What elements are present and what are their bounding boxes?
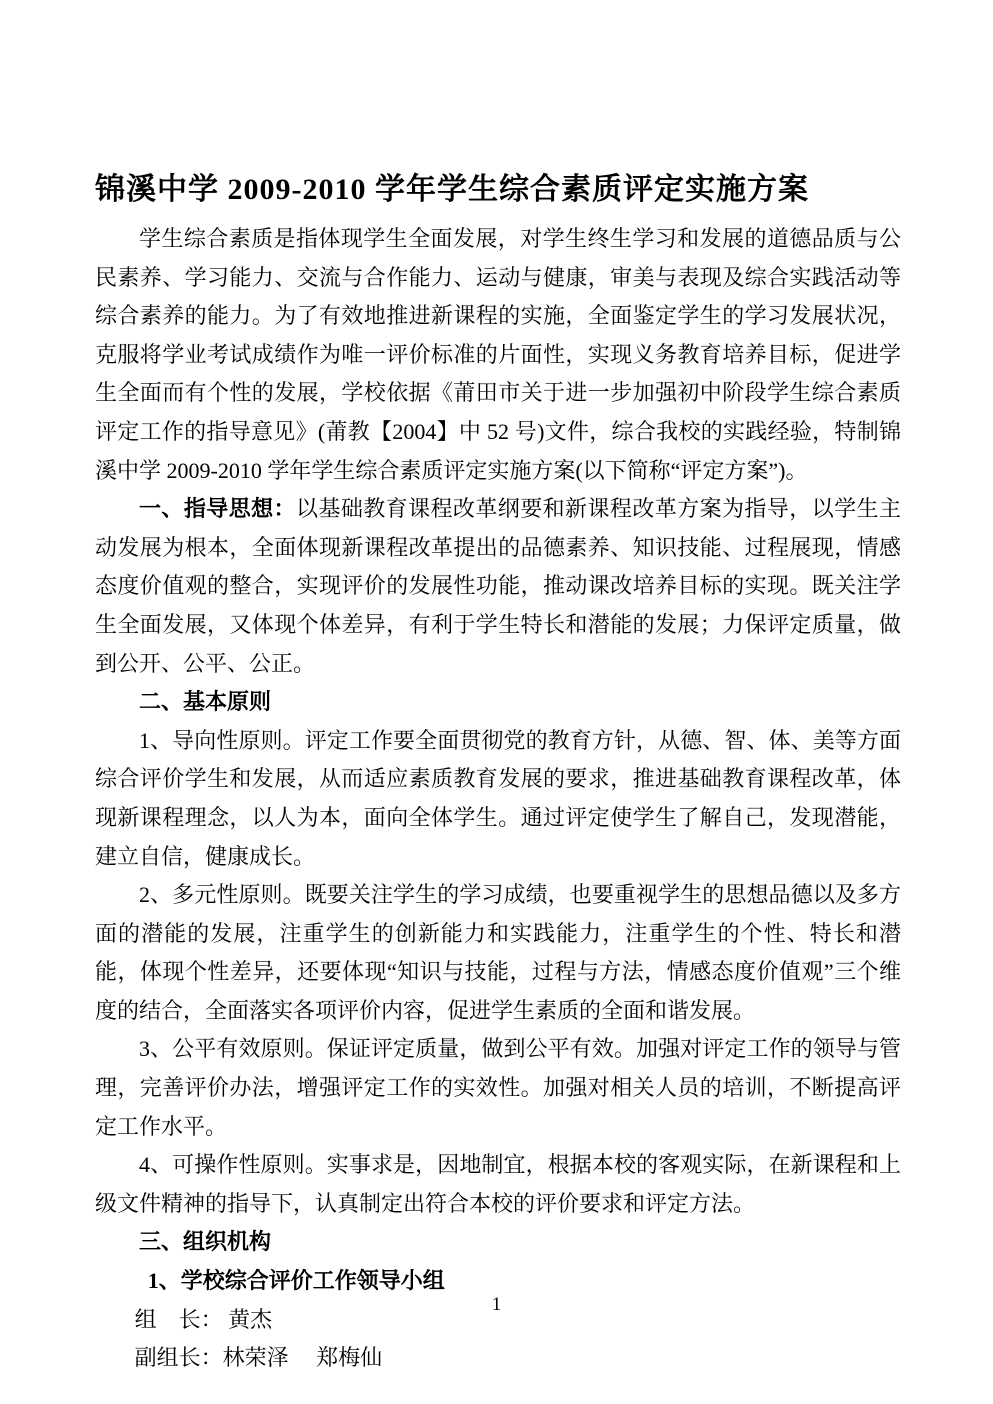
paragraph-principle-3: 3、公平有效原则。保证评定质量，做到公平有效。加强对评定工作的领导与管理，完善评…	[95, 1030, 901, 1146]
heading-basic-principles: 二、基本原则	[95, 683, 901, 722]
paragraph-intro: 学生综合素质是指体现学生全面发展，对学生终生学习和发展的道德品质与公民素养、学习…	[95, 220, 901, 490]
document-content: 锦溪中学 2009-2010 学年学生综合素质评定实施方案 学生综合素质是指体现…	[95, 168, 901, 1378]
paragraph-principle-1: 1、导向性原则。评定工作要全面贯彻党的教育方针，从德、智、体、美等方面综合评价学…	[95, 722, 901, 876]
page-title: 锦溪中学 2009-2010 学年学生综合素质评定实施方案	[95, 168, 901, 212]
paragraph-guiding-ideology: 一、指导思想：以基础教育课程改革纲要和新课程改革方案为指导，以学生主动发展为根本…	[95, 490, 901, 683]
paragraph-lead: 一、指导思想：	[139, 496, 296, 521]
paragraph-principle-2: 2、多元性原则。既要关注学生的学习成绩，也要重视学生的思想品德以及多方面的潜能的…	[95, 876, 901, 1030]
document-body: 学生综合素质是指体现学生全面发展，对学生终生学习和发展的道德品质与公民素养、学习…	[95, 220, 901, 1378]
document-page: 锦溪中学 2009-2010 学年学生综合素质评定实施方案 学生综合素质是指体现…	[0, 0, 993, 1404]
page-number: 1	[0, 1293, 993, 1317]
heading-organization: 三、组织机构	[95, 1223, 901, 1262]
paragraph-principle-4: 4、可操作性原则。实事求是，因地制宜，根据本校的客观实际，在新课程和上级文件精神…	[95, 1146, 901, 1223]
line-deputy-leaders: 副组长：林荣泽 郑梅仙	[95, 1339, 901, 1378]
